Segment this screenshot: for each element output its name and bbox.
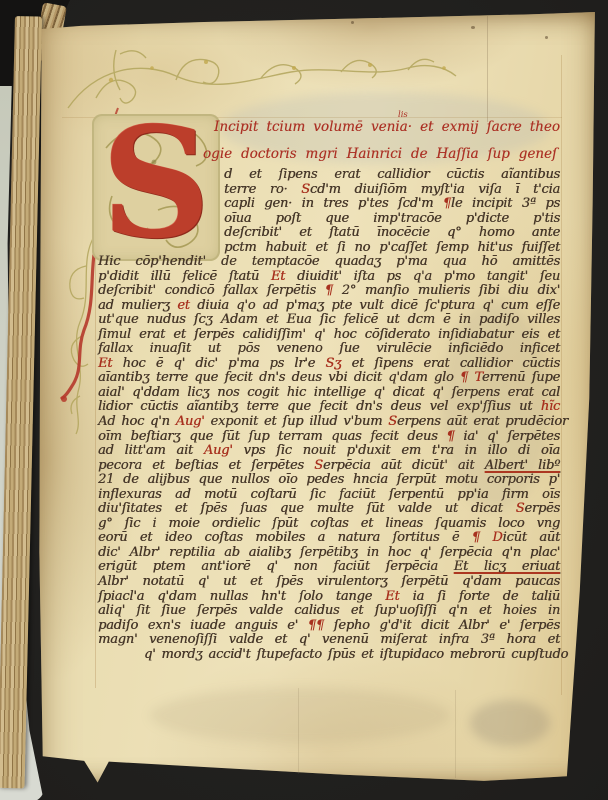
manuscript-text-line: ut'que nudus ſcʒ Adam et Eua ſic felicē … <box>98 313 560 328</box>
manuscript-text-line: lidior cūctis aĩantibʒ terre que fecit d… <box>98 400 560 415</box>
manuscript-text-line: terre ro· Scd'm diuiſiōm myſt'ia viſa ī … <box>224 183 560 198</box>
manuscript-text-line: q' mordʒ accid't ſtupefacto ſpūs et iſtu… <box>144 648 560 663</box>
initial-letter: S <box>86 88 226 278</box>
body-text-block: Hic cōp'hendit' de temptacōe quadaʒ p'ma… <box>98 255 560 662</box>
rubric-line-1: Incipit tcium volumē venia· et exmij ſac… <box>214 119 560 135</box>
manuscript-text-line: 21 de alijbus que nullos oīo pedes hncia… <box>98 473 560 488</box>
manuscript-text-line: Hic cōp'hendit' de temptacōe quadaʒ p'ma… <box>98 255 560 270</box>
manuscript-text-line: magn' venenoſiſſi valde et q' venenū miſ… <box>98 633 560 648</box>
manuscript-text-line: Albr' notatū q' ut et ſpēs virulentorʒ ſ… <box>98 575 560 590</box>
manuscript-text-line: deſcribit' et ſtatū īnocēcie q° homo ant… <box>224 226 560 241</box>
manuscript-text-line: dic' Albr' reptilia ab aialibʒ ſerpētibʒ… <box>98 546 560 561</box>
manuscript-text-line: aial' q'ddam licʒ nos cogit hic intellig… <box>98 386 560 401</box>
manuscript-text-line: ſimul erat et ſerpēs calidiſſim' q' hoc … <box>98 328 560 343</box>
rubric-superscript: lis <box>398 110 408 120</box>
speck-2 <box>471 26 475 29</box>
manuscript-text-line: ſpiacl'a q'dam nullas hn't ſolo tange Et… <box>98 590 560 605</box>
manuscript-text-line: fallax inuaſit ut pōs veneno ſue virulēc… <box>98 342 560 357</box>
manuscript-text-line: capli gen· in tres p'tes ſcd'm ¶le incip… <box>224 197 560 212</box>
manuscript-text-line: Et hoc ē q' dic' p'ma ps lr'e Sʒ et ſipe… <box>98 357 560 372</box>
illuminated-initial-S: S <box>92 114 220 261</box>
speck-1 <box>351 21 354 24</box>
manuscript-text-line: inflexuras ad motū coſtarū ſic faciūt ſe… <box>98 488 560 503</box>
manuscript-text-line: g° ſic i moie ordielic ſpūt coſtas et li… <box>98 517 560 532</box>
manuscript-text-line: deſcribit' condicō fallax ſerpētis ¶ 2° … <box>98 284 560 299</box>
initial-adjacent-text: d et ſipens erat callidior cūctis aĩanti… <box>224 168 560 256</box>
manuscript-text-line: oīua poſt que imp'tracōe p'dicte p'tis <box>224 212 560 227</box>
manuscript-text-line: erigūt ptem ant'iorē q' non faciūt ſerpē… <box>98 560 560 575</box>
speck-3 <box>545 36 548 39</box>
manuscript-text-line: aliq' ſit ſiue ſerpēs valde calidus et ſ… <box>98 604 560 619</box>
manuscript-text-line: ad litt'am ait Aug' vps ſic nouit p'duxi… <box>98 444 560 459</box>
manuscript-text-line: pecora et beſtias et ſerpētes Serpēcia a… <box>98 459 560 474</box>
manuscript-text-line: diu'ſitates et ſpēs ſuas que multe ſūt v… <box>98 502 560 517</box>
manuscript-text-line: aīantibʒ terre que fecit dn's deus vbi d… <box>98 371 560 386</box>
manuscript-text-line: Ad hoc q'n Aug' exponit et ſup illud v'b… <box>98 415 560 430</box>
manuscript-text-line: padiſo exn's iuade anguis e' ¶¶ ſepho g'… <box>98 619 560 634</box>
rubric-line-2: ogie doctoris mgri Hainrici de Haſſia ſu… <box>203 146 557 162</box>
manuscript-text-line: oīm beſtiarʒ que ſūt ſup terram quas fec… <box>98 430 560 445</box>
manuscript-text-line: ad mulierʒ et diuia q'o ad p'maʒ pte vul… <box>98 299 560 314</box>
manuscript-text-line: eorū et ideo coſtas mobiles a natura ſor… <box>98 531 560 546</box>
manuscript-text-line: p'didit illū felicē ſtatū Et diuidit' iſ… <box>98 270 560 285</box>
manuscript-text-line: d et ſipens erat callidior cūctis aĩanti… <box>224 168 560 183</box>
